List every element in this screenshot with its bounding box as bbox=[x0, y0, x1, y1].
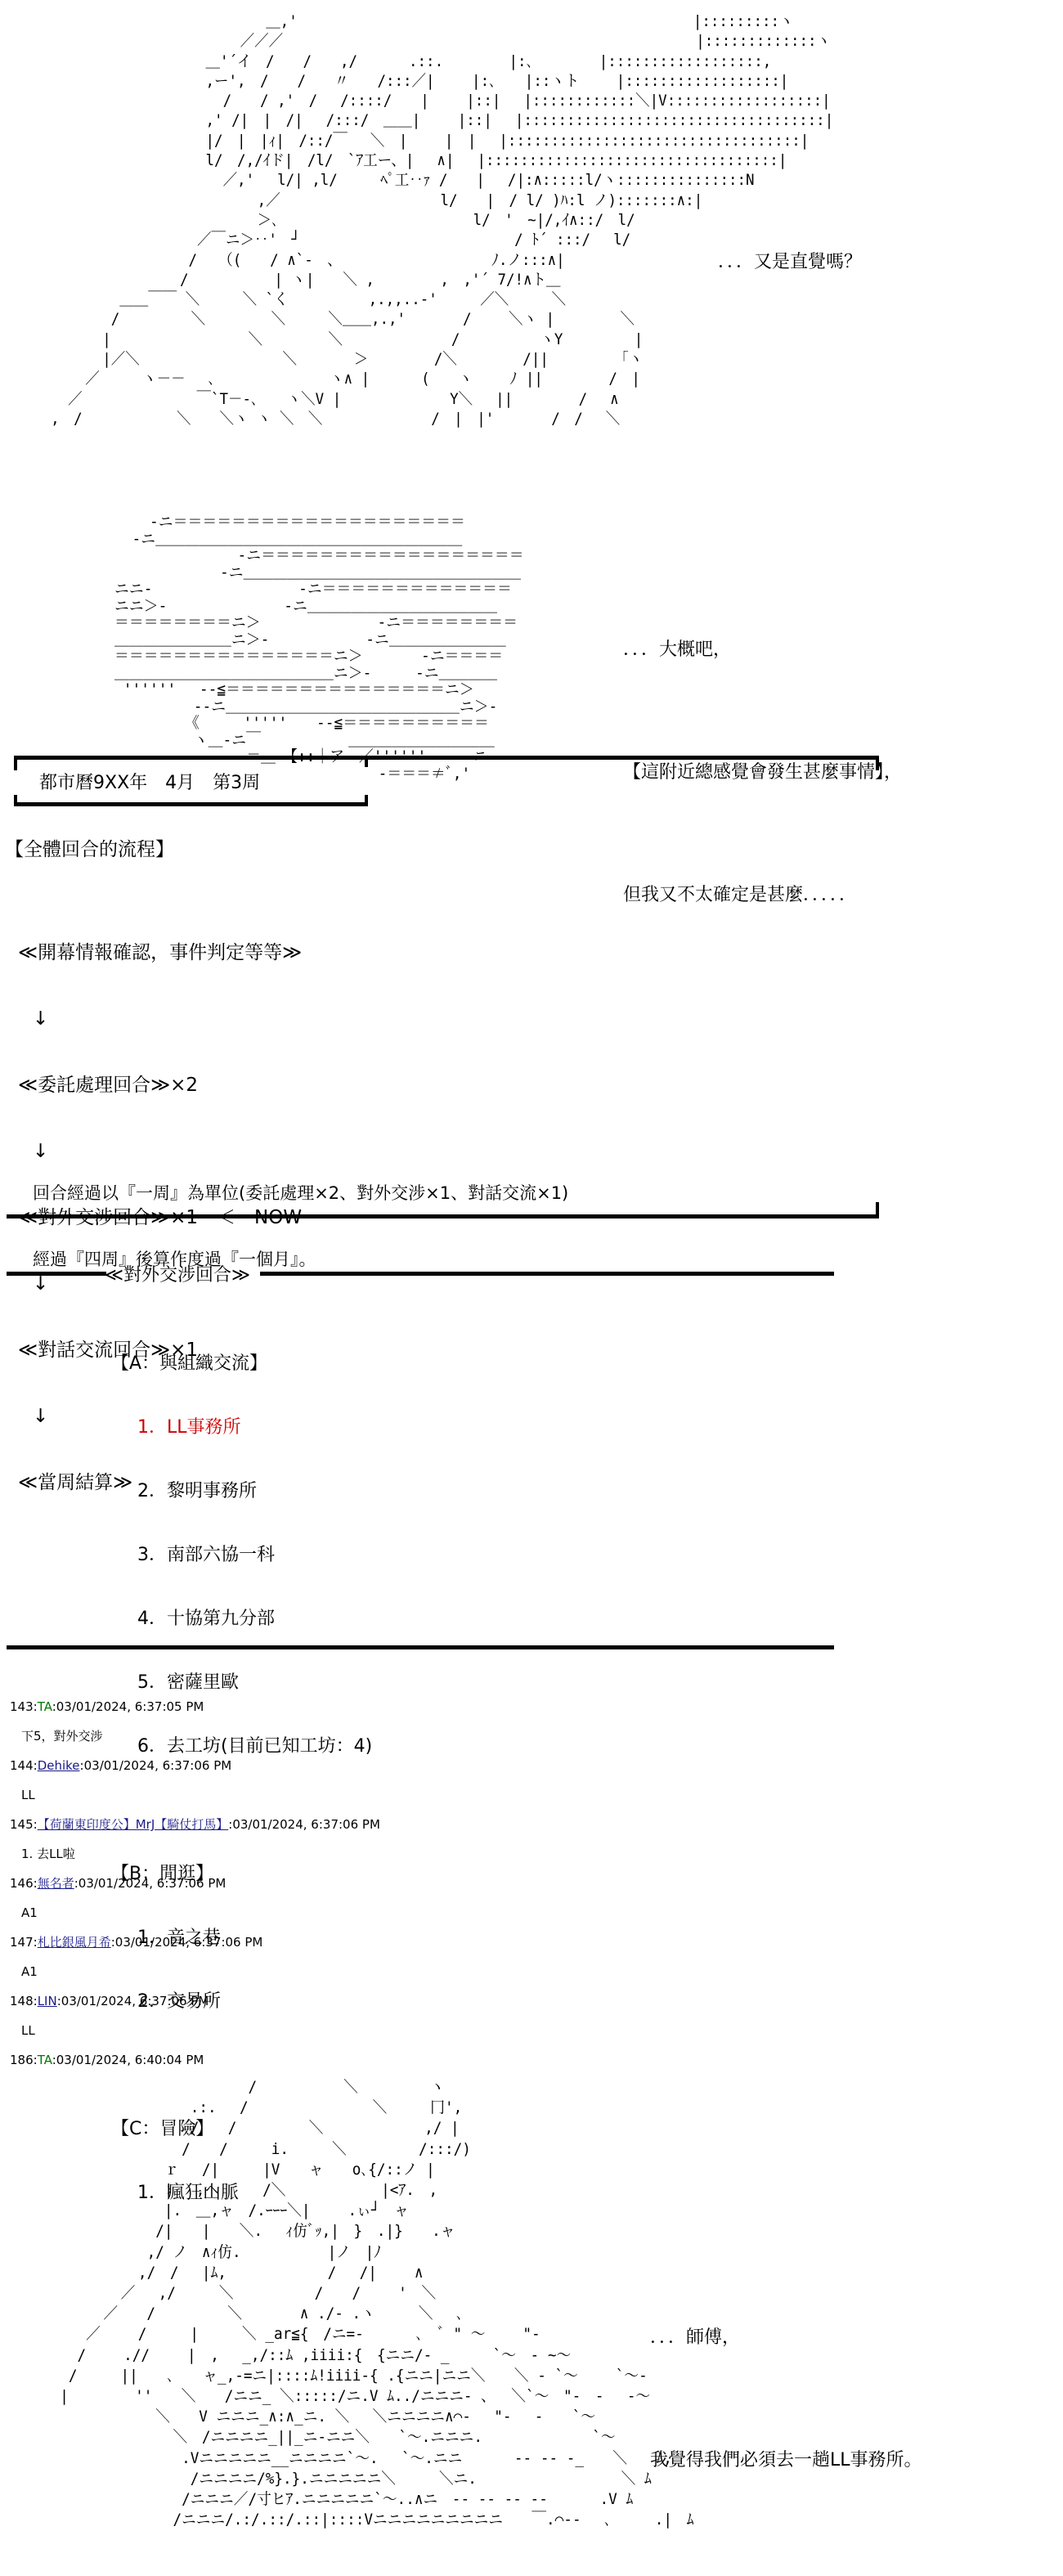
scene-3-line-1: ．．．師傅， bbox=[650, 2318, 922, 2358]
section-rule-left bbox=[7, 1272, 106, 1276]
flow-step: ≪開幕情報確認，事件判定等等≫ bbox=[18, 942, 302, 964]
comment-body: 1. 去LL啦 bbox=[10, 1847, 380, 1876]
comment-number: 147 bbox=[10, 1935, 34, 1950]
comment-author-link[interactable]: 無名者 bbox=[38, 1876, 74, 1891]
comment-header: 144:Dehike:03/01/2024, 6:37:06 PM bbox=[10, 1758, 380, 1788]
comment-time: 03/01/2024, 6:37:06 PM bbox=[61, 1994, 209, 2008]
comment-body: A1 bbox=[10, 1905, 380, 1935]
date-box-bottom-border bbox=[14, 802, 368, 806]
comment-number: 143 bbox=[10, 1699, 34, 1714]
comment-time: 03/01/2024, 6:37:05 PM bbox=[56, 1699, 204, 1714]
option-mizario[interactable]: 5．密薩里歐 bbox=[111, 1672, 372, 1694]
flow-bottom-border bbox=[7, 1214, 879, 1218]
date-box-mid-tick bbox=[365, 756, 368, 767]
negotiation-title: ≪對外交涉回合≫ bbox=[105, 1261, 250, 1286]
menu-bottom-border bbox=[7, 1645, 834, 1649]
scene-2-line-1: ．．．大概吧， bbox=[623, 630, 902, 671]
scene-2-line-3: 但我又不太確定是甚麼．．．．． bbox=[623, 875, 902, 916]
scene-3-line-2: 我覺得我們必須去一趟LL事務所。 bbox=[650, 2440, 922, 2481]
comment-author: TA bbox=[38, 2053, 52, 2067]
ascii-art-scene-2: ‐ニ＝＝＝＝＝＝＝＝＝＝＝＝＝＝＝＝＝＝＝＝ ‐ニ＿＿＿＿＿＿＿＿＿＿＿＿＿＿＿… bbox=[114, 514, 524, 782]
comment-header: 147:札比銀風月希:03/01/2024, 6:37:06 PM bbox=[10, 1935, 380, 1964]
date-box-top-border bbox=[14, 756, 879, 760]
flow-note: 回合經過以『一周』為單位(委託處理×2、對外交涉×1、對話交流×1) bbox=[33, 1183, 568, 1205]
comment-time: 03/01/2024, 6:37:06 PM bbox=[78, 1876, 227, 1891]
comment-header: 143:TA:03/01/2024, 6:37:05 PM bbox=[10, 1699, 380, 1729]
comment-body: LL bbox=[10, 1788, 380, 1817]
comment-body: A1 bbox=[10, 1964, 380, 1994]
flow-step: ≪委託處理回合≫×2 bbox=[18, 1075, 302, 1097]
comment-body: 下5，對外交涉 bbox=[10, 1729, 380, 1758]
comment-header: 145:【荷蘭東印度公】MrJ【騎仗打馬】:03/01/2024, 6:37:0… bbox=[10, 1817, 380, 1847]
flow-bottom-right-tick bbox=[876, 1202, 879, 1218]
group-a-label: 【A：與組織交流】 bbox=[111, 1353, 372, 1375]
comment-number: 144 bbox=[10, 1758, 34, 1773]
comment-header: 146:無名者:03/01/2024, 6:37:06 PM bbox=[10, 1876, 380, 1905]
date-box-right-tick bbox=[876, 756, 879, 770]
comment-author-link[interactable]: LIN bbox=[38, 1994, 57, 2008]
ascii-art-scene-3: / ＼ ヽ .:. / ＼ 冂', / / ＼ ,/ | / / i. ＼ /:… bbox=[16, 2077, 694, 2530]
comment-thread: 143:TA:03/01/2024, 6:37:05 PM 下5，對外交涉 14… bbox=[10, 1699, 380, 2082]
ascii-art-scene-1: ＿,' |:::::::::ヽ ／／／ |:::::::::::::ヽ ＿'´イ… bbox=[16, 11, 833, 429]
comment-time: 03/01/2024, 6:37:06 PM bbox=[84, 1758, 232, 1773]
option-south-assoc-6[interactable]: 3．南部六協一科 bbox=[111, 1545, 372, 1566]
scene-3-dialogue: ．．．師傅， 我覺得我們必須去一趟LL事務所。 bbox=[650, 2236, 922, 2522]
comment-time: 03/01/2024, 6:40:04 PM bbox=[56, 2053, 204, 2067]
option-assoc-10-branch-9[interactable]: 4．十協第九分部 bbox=[111, 1609, 372, 1630]
option-dawn-office[interactable]: 2．黎明事務所 bbox=[111, 1481, 372, 1502]
comment-number: 186 bbox=[10, 2053, 34, 2067]
comment-header: 148:LIN:03/01/2024, 6:37:06 PM bbox=[10, 1994, 380, 2023]
date-label: 都市曆9XX年 4月 第3周 bbox=[39, 769, 260, 794]
flow-title: 【全體回合的流程】 bbox=[5, 834, 174, 861]
option-ll-office[interactable]: 1．LL事務所 bbox=[111, 1417, 372, 1438]
scene-1-dialogue: ．．．又是直覺嗎？ bbox=[718, 242, 862, 283]
comment-author-link[interactable]: 【荷蘭東印度公】MrJ【騎仗打馬】 bbox=[38, 1817, 229, 1832]
date-box-left-tick-top bbox=[14, 756, 17, 770]
comment-author-link[interactable]: Dehike bbox=[38, 1758, 80, 1773]
section-rule-right bbox=[260, 1272, 834, 1276]
comment-number: 148 bbox=[10, 1994, 34, 2008]
comment-author-link[interactable]: 札比銀風月希 bbox=[38, 1935, 111, 1950]
scene-2-dialogue: ．．．大概吧， 【這附近總感覺會發生甚麼事情】， 但我又不太確定是甚麼．．．．． bbox=[623, 548, 902, 957]
comment-number: 145 bbox=[10, 1817, 34, 1832]
down-arrow-icon: ↓ bbox=[18, 1008, 302, 1030]
comment-body: LL bbox=[10, 2023, 380, 2053]
comment-time: 03/01/2024, 6:37:06 PM bbox=[232, 1817, 380, 1832]
comment-author: TA bbox=[38, 1699, 52, 1714]
comment-number: 146 bbox=[10, 1876, 34, 1891]
comment-time: 03/01/2024, 6:37:06 PM bbox=[115, 1935, 263, 1950]
